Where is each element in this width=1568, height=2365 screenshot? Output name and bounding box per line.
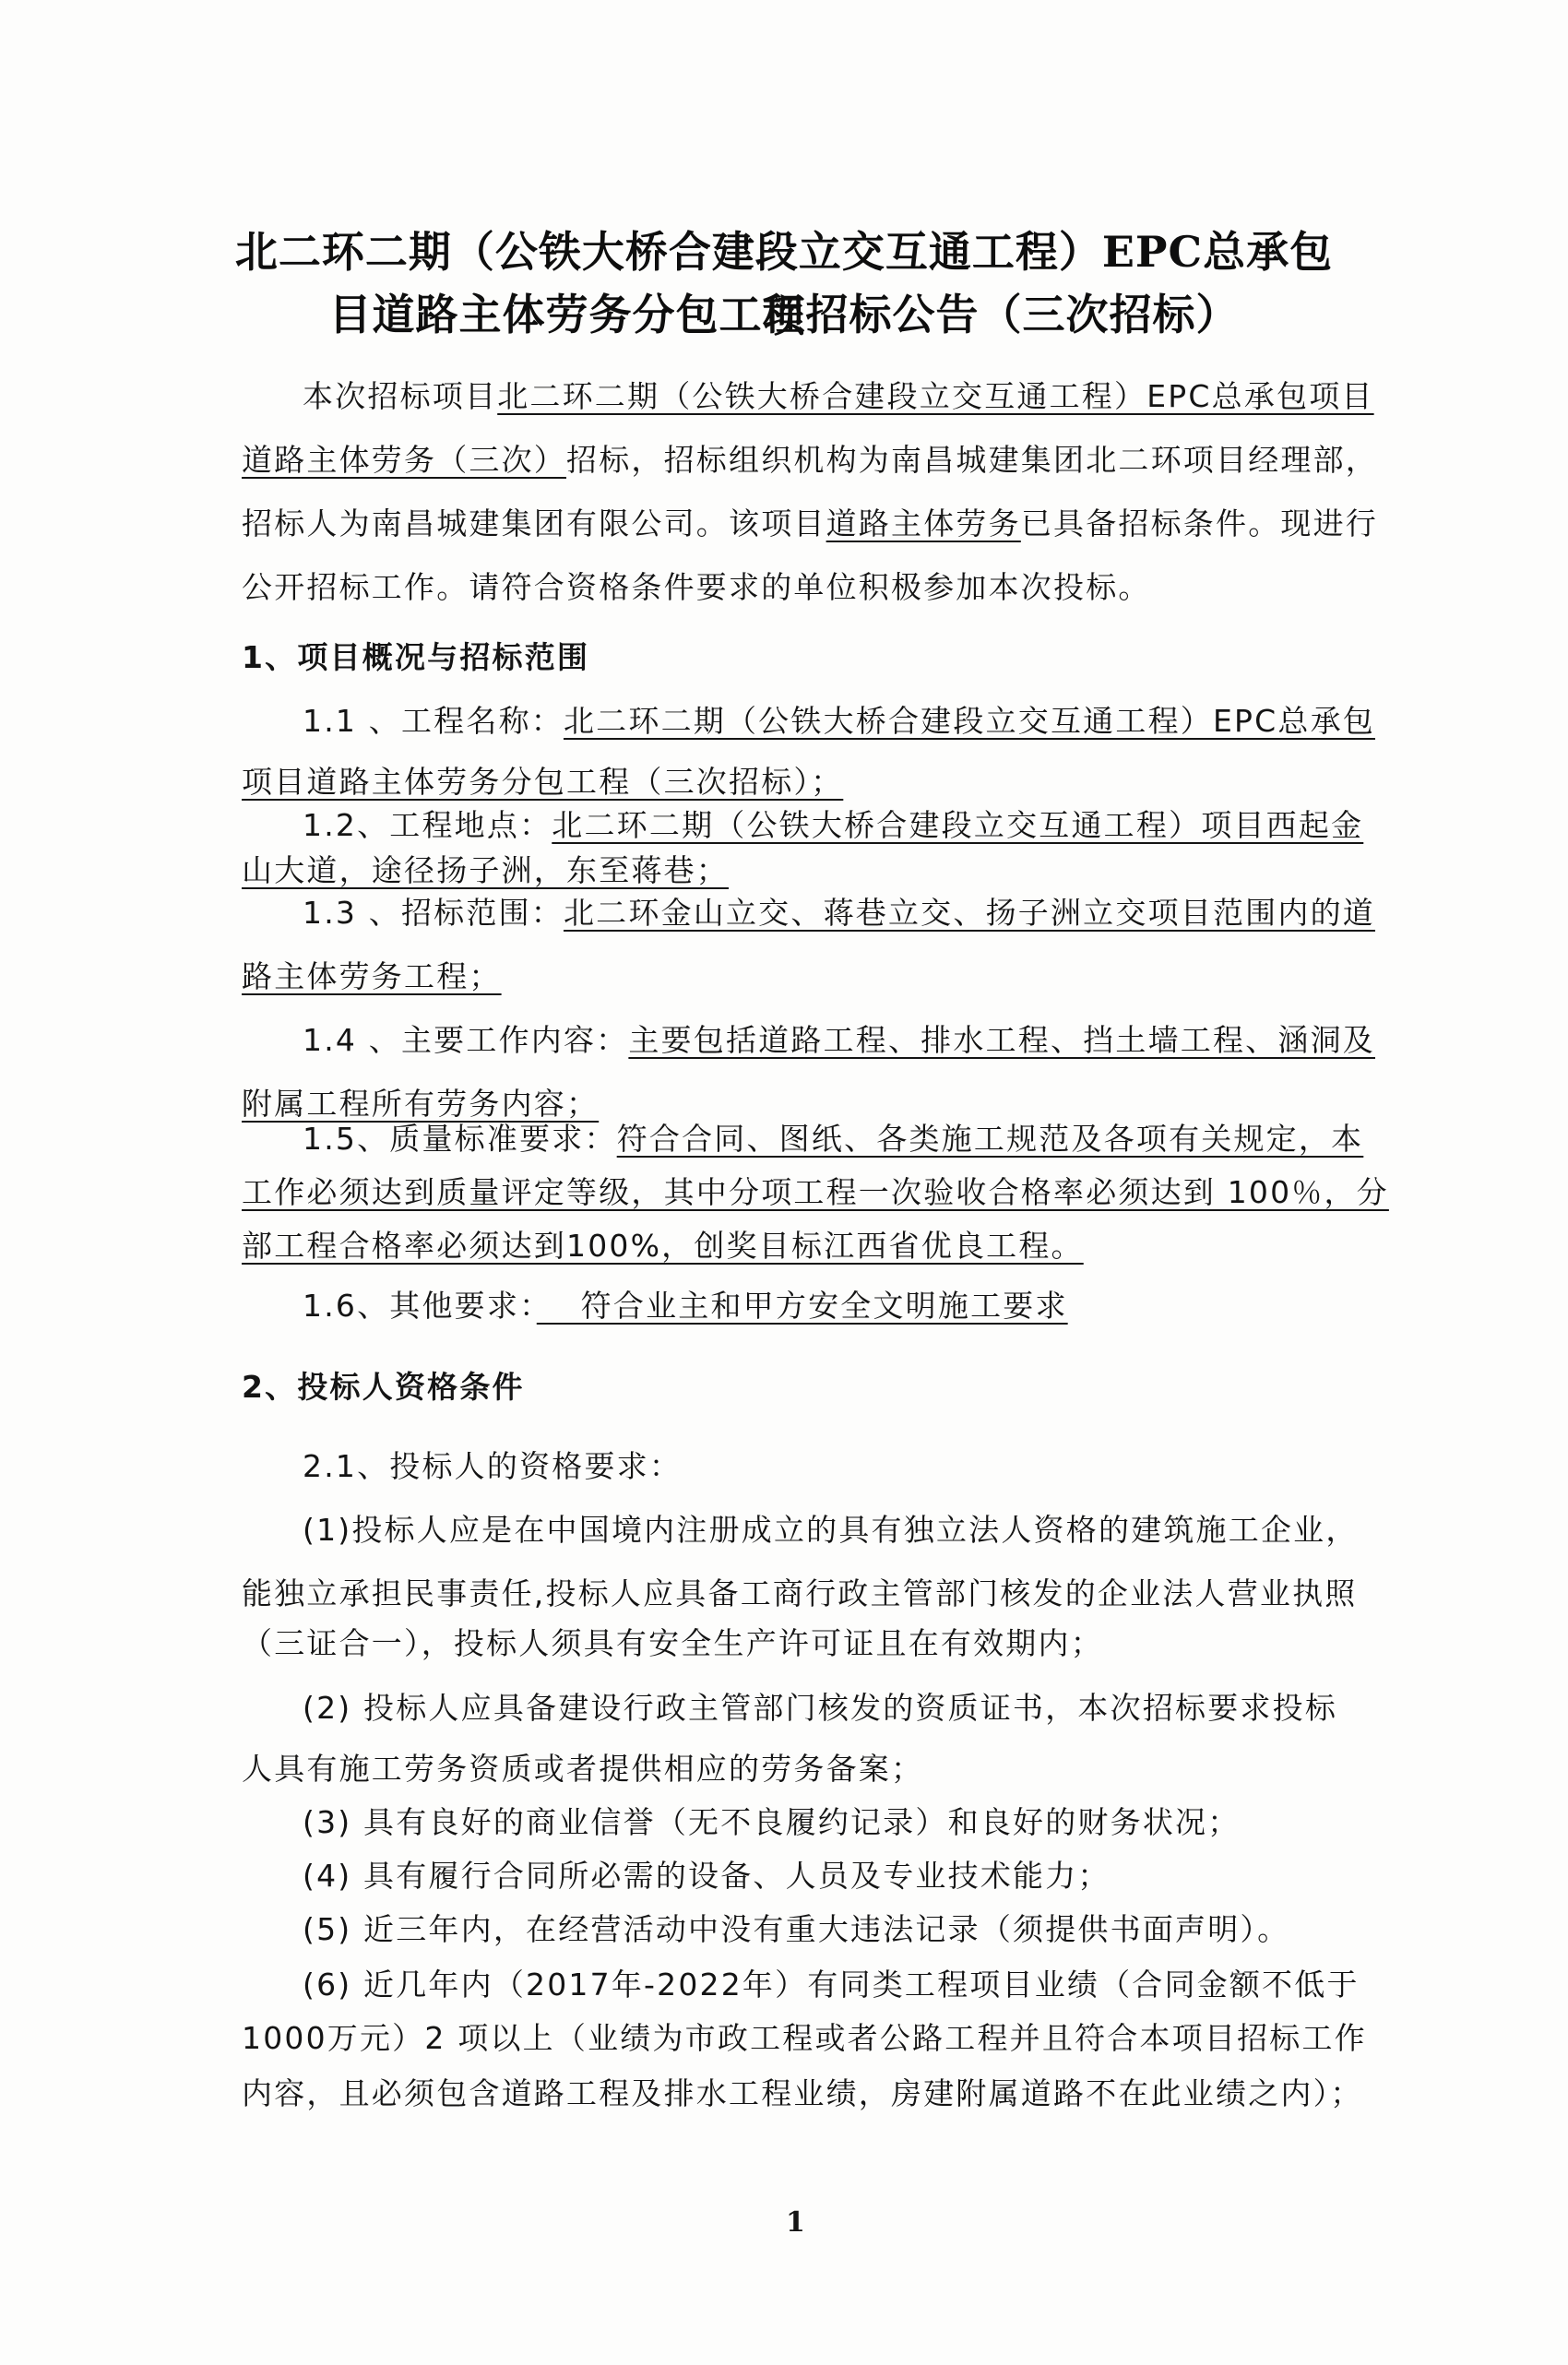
intro-scope: 道路主体劳务: [826, 505, 1021, 541]
item-value: 符合合同、图纸、各类施工规范及各项有关规定，本: [617, 1121, 1364, 1157]
document-title-line-2: 目道路主体劳务分包工程招标公告（三次招标）: [221, 282, 1347, 347]
requirement-6-line-1: (6) 近几年内（2017年-2022年）有同类工程项目业绩（合同金额不低于: [303, 1965, 1344, 2005]
item-1-5-cont-2: 部工程合格率必须达到100%，创奖目标江西省优良工程。: [242, 1226, 1344, 1266]
item-1-4: 1.4 、主要工作内容：主要包括道路工程、排水工程、挡土墙工程、涵洞及: [303, 1020, 1344, 1061]
item-value: 主要包括道路工程、排水工程、挡土墙工程、涵洞及: [628, 1022, 1375, 1058]
item-1-1: 1.1 、工程名称：北二环二期（公铁大桥合建段立交互通工程）EPC总承包: [303, 701, 1344, 742]
requirement-2-line-1: (2) 投标人应具备建设行政主管部门核发的资质证书，本次招标要求投标: [303, 1688, 1344, 1729]
item-1-3-cont: 路主体劳务工程；: [242, 957, 1344, 997]
intro-project-name: 北二环二期（公铁大桥合建段立交互通工程）EPC总承包项目: [497, 378, 1373, 414]
document-page: 北二环二期（公铁大桥合建段立交互通工程）EPC总承包项 目道路主体劳务分包工程招…: [0, 0, 1568, 2365]
intro-line-1: 本次招标项目北二环二期（公铁大桥合建段立交互通工程）EPC总承包项目: [303, 376, 1344, 417]
item-value: 北二环金山立交、蒋巷立交、扬子洲立交项目范围内的道: [564, 895, 1375, 931]
item-label: 1.2、工程地点：: [303, 807, 552, 843]
requirement-1-line-3: （三证合一），投标人须具有安全生产许可证且在有效期内；: [242, 1623, 1344, 1664]
item-value: 路主体劳务工程；: [242, 958, 502, 994]
item-1-2: 1.2、工程地点：北二环二期（公铁大桥合建段立交互通工程）项目西起金: [303, 805, 1344, 846]
item-value: 北二环二期（公铁大桥合建段立交互通工程）项目西起金: [552, 807, 1363, 843]
item-1-5-cont-1: 工作必须达到质量评定等级，其中分项工程一次验收合格率必须达到 100％，分: [242, 1172, 1344, 1213]
intro-line-3: 招标人为南昌城建集团有限公司。该项目道路主体劳务已具备招标条件。现进行: [242, 504, 1344, 544]
item-1-3: 1.3 、招标范围：北二环金山立交、蒋巷立交、扬子洲立交项目范围内的道: [303, 893, 1344, 933]
section-1-heading: 1、项目概况与招标范围: [242, 637, 1344, 678]
requirement-4: (4) 具有履行合同所必需的设备、人员及专业技术能力；: [303, 1856, 1344, 1896]
requirement-2-line-2: 人具有施工劳务资质或者提供相应的劳务备案；: [242, 1749, 1344, 1789]
item-value: 工作必须达到质量评定等级，其中分项工程一次验收合格率必须达到 100％，分: [242, 1174, 1389, 1210]
item-value: 符合业主和甲方安全文明施工要求: [537, 1288, 1068, 1324]
item-value: 北二环二期（公铁大桥合建段立交互通工程）EPC总承包: [564, 703, 1375, 739]
page-number: 1: [786, 2206, 805, 2239]
intro-project-name-cont: 道路主体劳务（三次）: [242, 442, 566, 478]
item-1-6: 1.6、其他要求： 符合业主和甲方安全文明施工要求: [303, 1286, 1344, 1326]
item-value: 附属工程所有劳务内容；: [242, 1086, 599, 1122]
intro-line-4: 公开招标工作。请符合资格条件要求的单位积极参加本次投标。: [242, 567, 1344, 608]
intro-text: 招标，招标组织机构为南昌城建集团北二环项目经理部，: [566, 442, 1378, 478]
item-1-2-cont: 山大道，途径扬子洲，东至蒋巷；: [242, 850, 1344, 891]
item-label: 1.4 、主要工作内容：: [303, 1022, 628, 1058]
intro-line-2: 道路主体劳务（三次）招标，招标组织机构为南昌城建集团北二环项目经理部，: [242, 440, 1344, 481]
requirement-5: (5) 近三年内，在经营活动中没有重大违法记录（须提供书面声明）。: [303, 1909, 1344, 1950]
item-label: 1.3 、招标范围：: [303, 895, 564, 931]
intro-text: 招标人为南昌城建集团有限公司。该项目: [242, 505, 826, 541]
item-1-1-cont: 项目道路主体劳务分包工程（三次招标）；: [242, 762, 1344, 802]
item-value: 部工程合格率必须达到100%，创奖目标江西省优良工程。: [242, 1228, 1084, 1264]
intro-text: 本次招标项目: [303, 378, 497, 414]
item-1-5: 1.5、质量标准要求：符合合同、图纸、各类施工规范及各项有关规定，本: [303, 1119, 1344, 1159]
requirement-6-line-3: 内容，且必须包含道路工程及排水工程业绩，房建附属道路不在此业绩之内）；: [242, 2074, 1344, 2114]
item-label: 1.1 、工程名称：: [303, 703, 564, 739]
item-2-1: 2.1、投标人的资格要求：: [303, 1446, 1344, 1487]
requirement-6-line-2: 1000万元）2 项以上（业绩为市政工程或者公路工程并且符合本项目招标工作: [242, 2018, 1344, 2059]
item-value: 山大道，途径扬子洲，东至蒋巷；: [242, 852, 729, 888]
item-value: 项目道路主体劳务分包工程（三次招标）；: [242, 764, 843, 800]
section-2-heading: 2、投标人资格条件: [242, 1367, 1344, 1408]
requirement-1-line-1: (1)投标人应是在中国境内注册成立的具有独立法人资格的建筑施工企业，: [303, 1510, 1344, 1551]
item-label: 1.6、其他要求：: [303, 1288, 537, 1324]
requirement-1-line-2: 能独立承担民事责任,投标人应具备工商行政主管部门核发的企业法人营业执照: [242, 1574, 1344, 1614]
requirement-3: (3) 具有良好的商业信誉（无不良履约记录）和良好的财务状况；: [303, 1802, 1344, 1843]
item-label: 1.5、质量标准要求：: [303, 1121, 617, 1157]
intro-text: 已具备招标条件。现进行: [1021, 505, 1378, 541]
